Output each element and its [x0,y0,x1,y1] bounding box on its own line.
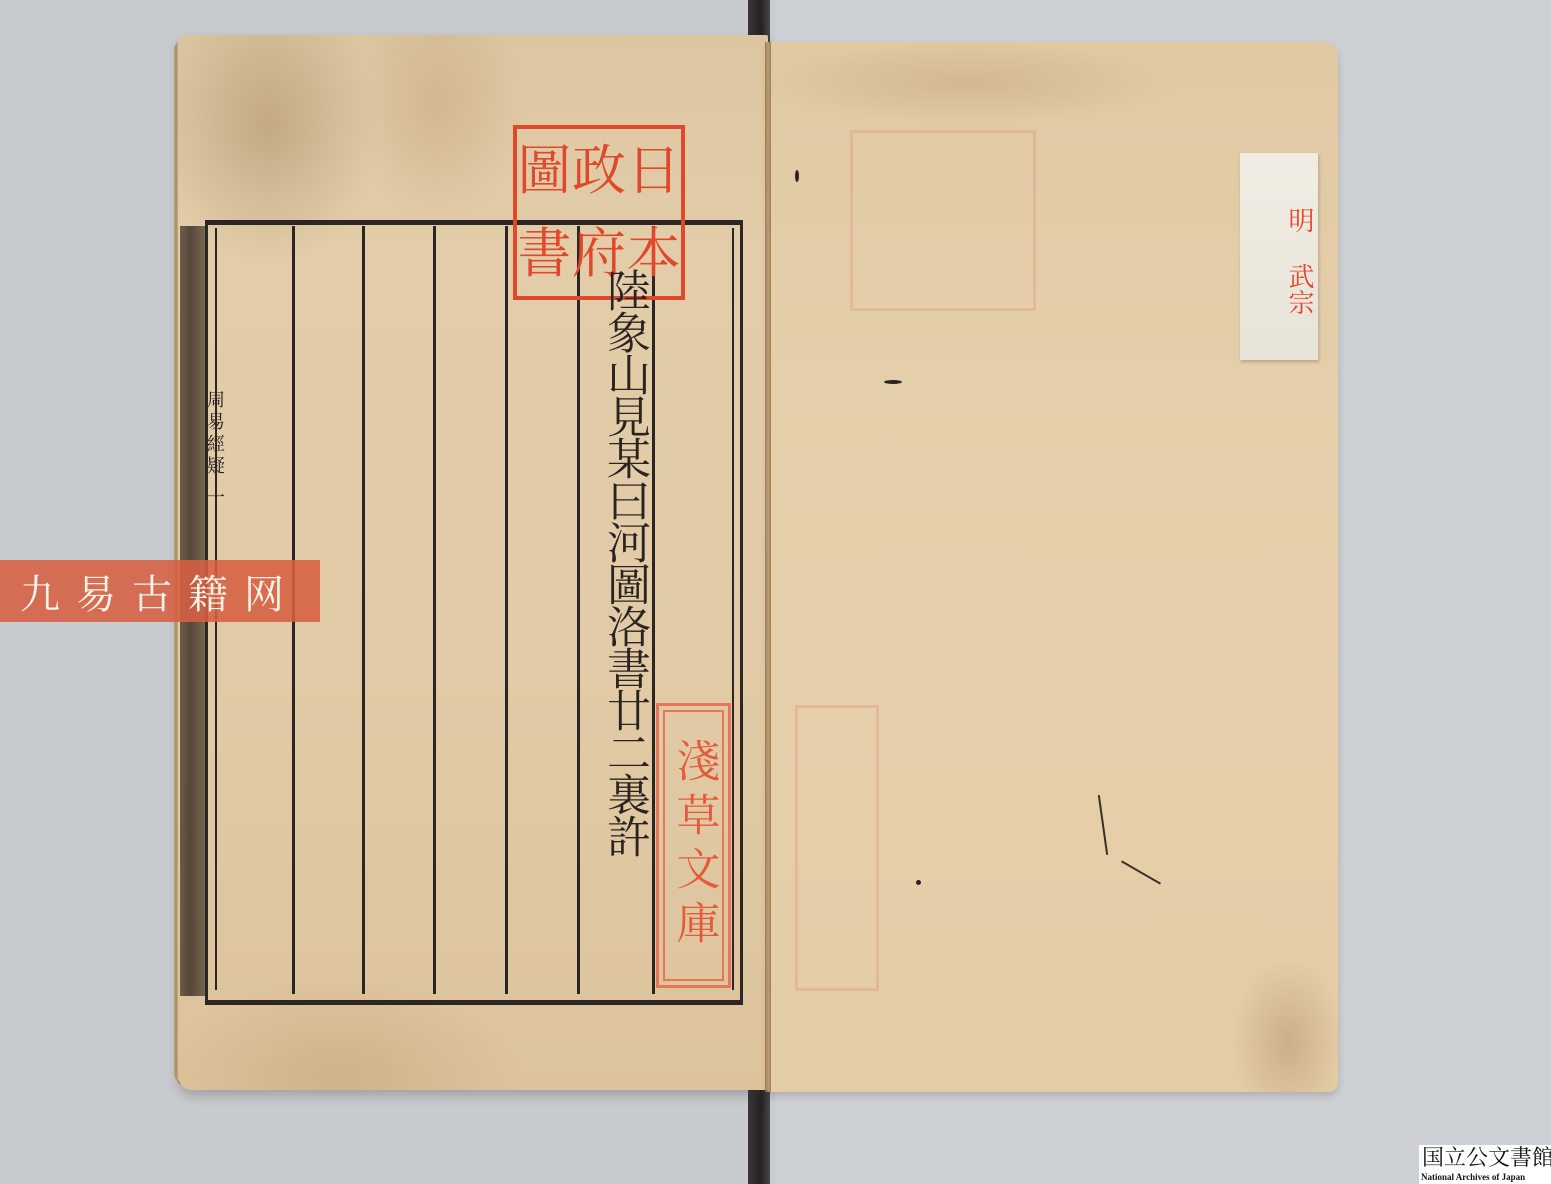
seal-asakusa-bunko: 淺草文庫 [656,703,731,988]
seal-char: 日 [626,129,681,213]
label-slip-text: 明 武宗 [1240,171,1318,351]
label-slip-line2: 武宗 [1281,263,1318,315]
ghost-seal-top [850,130,1036,311]
seal-char: 書 [517,213,572,297]
book-gutter [765,42,771,1092]
column-line [433,226,436,994]
logo-japanese-text: 国立公文書館 [1422,1145,1550,1172]
logo-english-text: National Archives of Japan [1421,1172,1551,1182]
seal-text: 淺草文庫 [663,710,724,981]
column-line [505,226,508,994]
ink-speck [795,170,799,182]
label-slip: 明 武宗 [1240,153,1318,360]
handwritten-annotation: 陸象山見某曰河圖洛書廿二裏許 [586,268,646,888]
column-line [362,226,365,994]
column-line [652,226,655,994]
ink-speck [884,380,902,384]
seal-char: 圖 [517,129,572,213]
column-line [577,226,580,994]
ink-speck [916,880,921,885]
seal-char: 政 [572,129,627,213]
watermark-banner: 九易古籍网 [0,560,320,622]
national-archives-logo: 国立公文書館 National Archives of Japan [1419,1145,1551,1184]
ghost-seal-bottom [795,705,879,991]
label-slip-line1: 明 [1281,207,1318,233]
